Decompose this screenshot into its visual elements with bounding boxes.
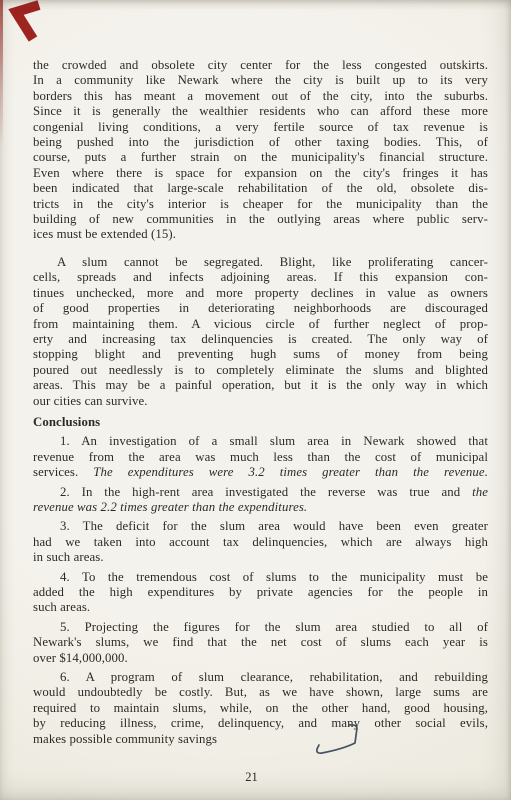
red-chevron-corner-mark-icon [3, 0, 49, 44]
text-line: services. The expenditures were 3.2 time… [33, 465, 488, 480]
text-line: borders this has meant a movement out of… [33, 89, 488, 104]
conclusions-heading: Conclusions [33, 415, 488, 430]
text-line: our cities can survive. [33, 394, 488, 409]
text-line: by reducing illness, crime, delinquency,… [33, 716, 488, 731]
conclusion-item: 1. An investigation of a small slum area… [33, 434, 488, 480]
text-line: erty and increasing tax delinquencies is… [33, 332, 488, 347]
text-line: the crowded and obsolete city center for… [33, 58, 488, 73]
text-line: 2. In the high-rent area investigated th… [33, 485, 488, 500]
text-line: congenial living conditions, a very fert… [33, 120, 488, 135]
text-line: in such areas. [33, 550, 488, 565]
text-line: A slum cannot be segregated. Blight, lik… [33, 255, 488, 270]
conclusion-item: 2. In the high-rent area investigated th… [33, 485, 488, 516]
text-line: poured out needlessly is to completely e… [33, 363, 488, 378]
page-number: 21 [245, 770, 258, 784]
text-line: revenue from the area was much less than… [33, 450, 488, 465]
text-line: stopping blight and preventing hugh sums… [33, 347, 488, 362]
text-line: from maintaining them. A vicious circle … [33, 317, 488, 332]
text-line: Since it is generally the wealthier resi… [33, 104, 488, 119]
text-line: 4. To the tremendous cost of slums to th… [33, 570, 488, 585]
text-line: such areas. [33, 600, 488, 615]
conclusion-item: 6. A program of slum clearance, rehabili… [33, 670, 488, 747]
text-line: Newark's slums, we find that the net cos… [33, 635, 488, 650]
text-line: revenue was 2.2 times greater than the e… [33, 500, 488, 515]
text-line: building of new communities in the outly… [33, 212, 488, 227]
paragraph: the crowded and obsolete city center for… [33, 58, 488, 243]
text-line: 5. Projecting the figures for the slum a… [33, 620, 488, 635]
text-line: of good properties in deteriorating neig… [33, 301, 488, 316]
conclusion-item: 5. Projecting the figures for the slum a… [33, 620, 488, 666]
text-line: 3. The deficit for the slum area would h… [33, 519, 488, 534]
text-line: added the high expenditures by private a… [33, 585, 488, 600]
text-line: Even where there is space for expansion … [33, 166, 488, 181]
text-line: course, puts a further strain on the mun… [33, 150, 488, 165]
text-line: over $14,000,000. [33, 651, 488, 666]
text-line: tinues unchecked, more and more property… [33, 286, 488, 301]
text-line: 6. A program of slum clearance, rehabili… [33, 670, 488, 685]
conclusion-item: 4. To the tremendous cost of slums to th… [33, 570, 488, 616]
paragraph: A slum cannot be segregated. Blight, lik… [33, 255, 488, 409]
body-text-column: the crowded and obsolete city center for… [33, 58, 488, 747]
text-line: cells, spreads and infects adjoining are… [33, 270, 488, 285]
text-line: been indicated that large-scale rehabili… [33, 181, 488, 196]
text-line: required to maintain slums, while, on th… [33, 701, 488, 716]
text-line: had we taken into account tax delinquenc… [33, 535, 488, 550]
text-line: would undoubtedly be costly. But, as we … [33, 685, 488, 700]
text-line: In a community like Newark where the cit… [33, 73, 488, 88]
conclusion-item: 3. The deficit for the slum area would h… [33, 519, 488, 565]
text-line: areas. This may be a painful operation, … [33, 378, 488, 393]
text-line: makes possible community savings [33, 732, 488, 747]
handwritten-hook-mark-icon [308, 716, 368, 762]
page-footer: 21 [33, 770, 470, 785]
text-line: tricts in the city's interior is cheaper… [33, 197, 488, 212]
text-line: ices must be extended (15). [33, 227, 488, 242]
text-line: 1. An investigation of a small slum area… [33, 434, 488, 449]
text-line: being pushed into the jurisdiction of ot… [33, 135, 488, 150]
scanned-document-page: the crowded and obsolete city center for… [0, 0, 511, 800]
